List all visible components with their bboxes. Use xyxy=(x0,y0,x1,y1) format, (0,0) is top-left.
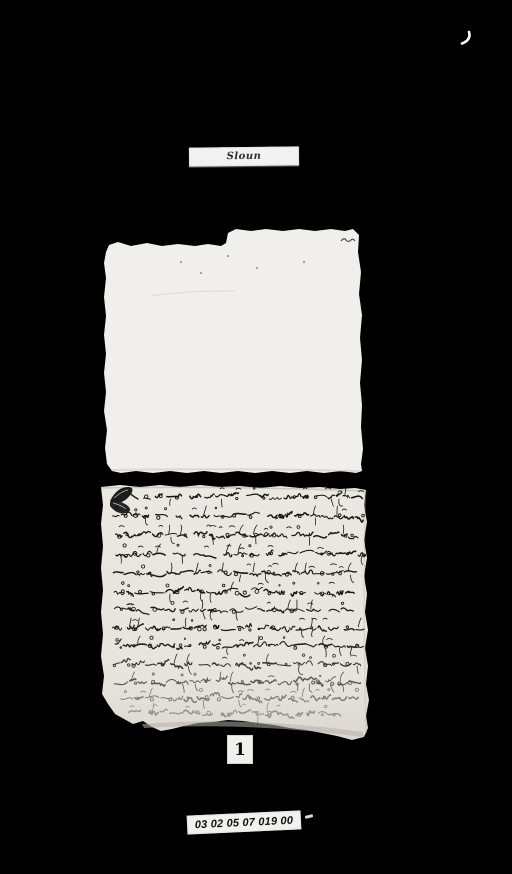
manuscript-scan xyxy=(0,0,512,874)
page-number-text: 1 xyxy=(234,740,246,760)
corner-mark xyxy=(462,32,469,44)
code-label-text: 03 02 05 07 019 00 xyxy=(195,814,294,830)
upper-page xyxy=(104,229,363,473)
title-label: Sloun xyxy=(189,146,299,166)
lower-page xyxy=(101,485,369,740)
page-number-label: 1 xyxy=(227,735,253,764)
scan-background: Sloun 1 03 02 05 07 019 00 xyxy=(0,0,512,874)
title-label-text: Sloun xyxy=(227,151,262,162)
